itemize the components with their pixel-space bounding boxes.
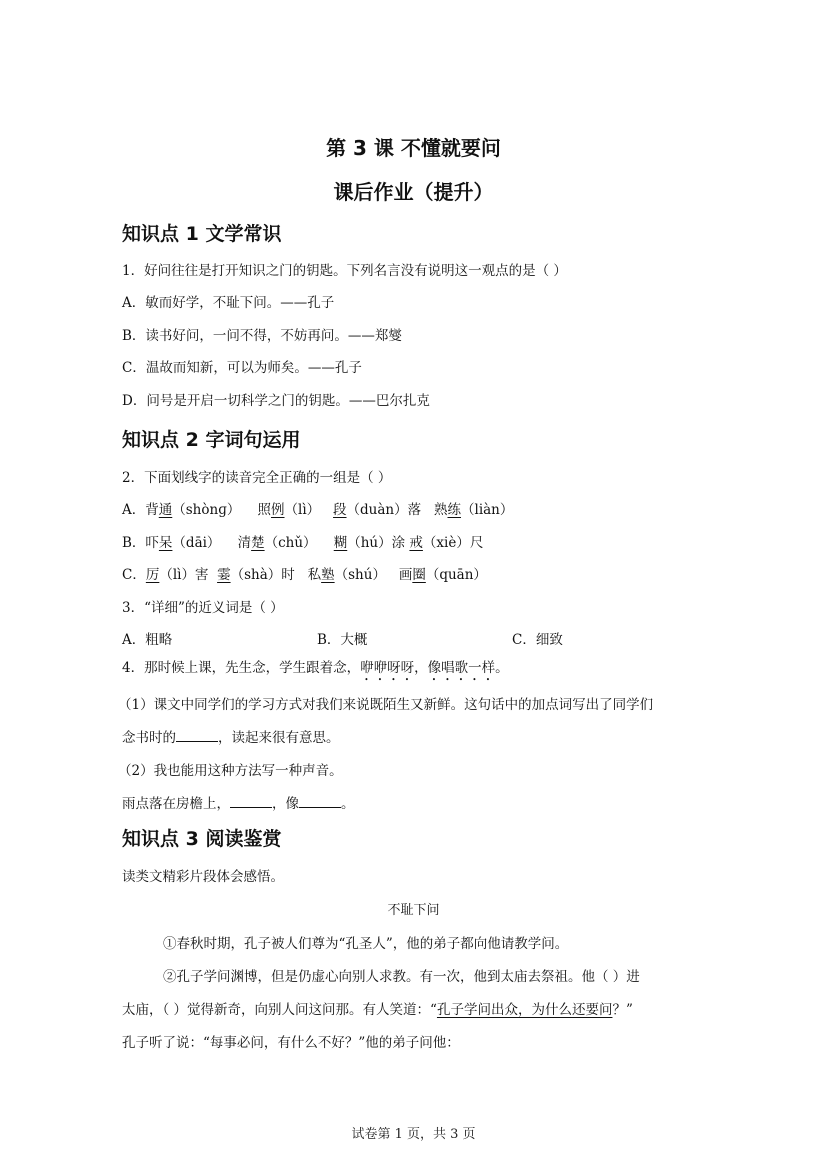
pinyin: （hú）涂 — [347, 535, 405, 551]
question-3-option-b: B．大概 — [317, 628, 512, 648]
text: 画 — [399, 567, 413, 583]
question-3-option-c: C．细致 — [512, 632, 563, 648]
reading-intro: 读类文精彩片段体会感悟。 — [122, 865, 284, 885]
pinyin: （liàn） — [461, 502, 513, 518]
text: ？” — [612, 1002, 632, 1018]
answer-blank[interactable] — [176, 729, 218, 742]
passage-paragraph-2-line1: ②孔子学问渊博，但是仍虚心向别人求教。有一次，他到太庙去祭祖。他（ ）进 — [163, 965, 640, 985]
question-1-option-a: A．敏而好学，不耻下问。——孔子 — [122, 291, 334, 311]
answer-blank[interactable] — [299, 795, 341, 808]
question-1-option-b: B．读书好问，一问不得，不妨再问。——郑燮 — [122, 324, 402, 344]
question-3-option-a: A．粗略 — [122, 628, 317, 648]
option-label: A． — [122, 502, 145, 518]
text: 吓 — [145, 535, 159, 551]
question-4-sub2-line: 雨点落在房檐上，，像。 — [122, 792, 355, 812]
question-1-option-c: C．温故而知新，可以为师矣。——孔子 — [122, 356, 362, 376]
text: 私 — [308, 567, 322, 583]
passage-paragraph-2-line2: 太庙，（ ）觉得新奇，向别人问这问那。有人笑道：“孔子学问出众，为什么还要问？” — [122, 998, 633, 1018]
pinyin: （dāi） — [172, 535, 220, 551]
emphasized-words: 咿咿呀呀，像唱歌一样 — [360, 660, 495, 676]
text: 太庙，（ ）觉得新奇，向别人问这问那。有人笑道：“ — [122, 1002, 437, 1018]
page-subtitle: 课后作业（提升） — [0, 176, 827, 205]
pinyin: （shònɡ） — [172, 502, 240, 518]
text: 照 — [258, 502, 272, 518]
question-3-stem: 3．“详细”的近义词是（ ） — [122, 596, 284, 616]
text: ，读起来很有意思。 — [218, 730, 340, 746]
underlined-char: 圈 — [412, 567, 426, 583]
question-1-option-d: D．问号是开启一切科学之门的钥匙。——巴尔扎克 — [122, 389, 430, 409]
underlined-char: 糊 — [334, 535, 348, 551]
question-4-stem: 4．那时候上课，先生念，学生跟着念，咿咿呀呀，像唱歌一样。 — [122, 656, 509, 684]
pinyin: （chǔ） — [265, 535, 317, 551]
question-2-option-b: B．吓呆（dāi） 清楚（chǔ） 糊（hú）涂 戒（xiè）尺 — [122, 531, 483, 551]
answer-blank[interactable] — [230, 795, 272, 808]
question-2-option-c: C．厉（lì）害 霎（shà）时 私塾（shú） 画圈（quān） — [122, 563, 487, 583]
text: 念书时的 — [122, 730, 176, 746]
pinyin: （lì）害 — [159, 567, 208, 583]
section-heading-2: 知识点 2 字词句运用 — [122, 425, 300, 452]
underlined-char: 段 — [333, 502, 347, 518]
question-4-sub1-line2: 念书时的，读起来很有意思。 — [122, 726, 340, 746]
pinyin: （lì） — [285, 502, 321, 518]
text: 雨点落在房檐上， — [122, 796, 230, 812]
underlined-char: 戒 — [409, 535, 423, 551]
pinyin: （duàn）落 — [347, 502, 422, 518]
text: 。 — [495, 660, 509, 676]
option-label: C． — [122, 567, 146, 583]
text: ，像 — [272, 796, 299, 812]
passage-paragraph-1: ①春秋时期，孔子被人们尊为“孔圣人”，他的弟子都向他请教学问。 — [163, 932, 568, 952]
section-heading-1: 知识点 1 文学常识 — [122, 219, 281, 246]
option-label: B． — [122, 535, 145, 551]
pinyin: （quān） — [426, 567, 487, 583]
text: 。 — [341, 796, 355, 812]
text: 熟 — [434, 502, 448, 518]
underlined-char: 霎 — [217, 567, 231, 583]
pinyin: （shú） — [335, 567, 386, 583]
underlined-char: 楚 — [251, 535, 265, 551]
question-2-stem: 2．下面划线字的读音完全正确的一组是（ ） — [122, 466, 391, 486]
underlined-char: 塾 — [321, 567, 335, 583]
underlined-char: 呆 — [159, 535, 173, 551]
pinyin: （shà）时 — [231, 567, 295, 583]
page-title: 第 3 课 不懂就要问 — [0, 132, 827, 161]
question-4-sub1-line1: （1）课文中同学们的学习方式对我们来说既陌生又新鲜。这句话中的加点词写出了同学们 — [118, 693, 653, 713]
question-1-stem: 1．好问往往是打开知识之门的钥匙。下列名言没有说明这一观点的是（ ） — [122, 259, 567, 279]
section-heading-3: 知识点 3 阅读鉴赏 — [122, 824, 281, 851]
question-3-options: A．粗略B．大概C．细致 — [122, 628, 563, 648]
pinyin: （xiè）尺 — [423, 535, 483, 551]
underlined-char: 例 — [271, 502, 285, 518]
passage-title: 不耻下问 — [0, 899, 827, 918]
text: 背 — [145, 502, 159, 518]
text: 清 — [238, 535, 252, 551]
underlined-sentence: 孔子学问出众，为什么还要问 — [437, 1002, 613, 1018]
underlined-char: 厉 — [146, 567, 160, 583]
page-footer: 试卷第 1 页，共 3 页 — [0, 1123, 827, 1142]
question-2-option-a: A．背通（shònɡ） 照例（lì） 段（duàn）落 熟练（liàn） — [122, 498, 513, 518]
passage-paragraph-2-line3: 孔子听了说：“每事必问，有什么不好？”他的弟子问他： — [122, 1031, 460, 1051]
underlined-char: 通 — [159, 502, 173, 518]
question-4-sub2: （2）我也能用这种方法写一种声音。 — [118, 759, 343, 779]
underlined-char: 练 — [448, 502, 462, 518]
text: 4．那时候上课，先生念，学生跟着念， — [122, 660, 360, 676]
